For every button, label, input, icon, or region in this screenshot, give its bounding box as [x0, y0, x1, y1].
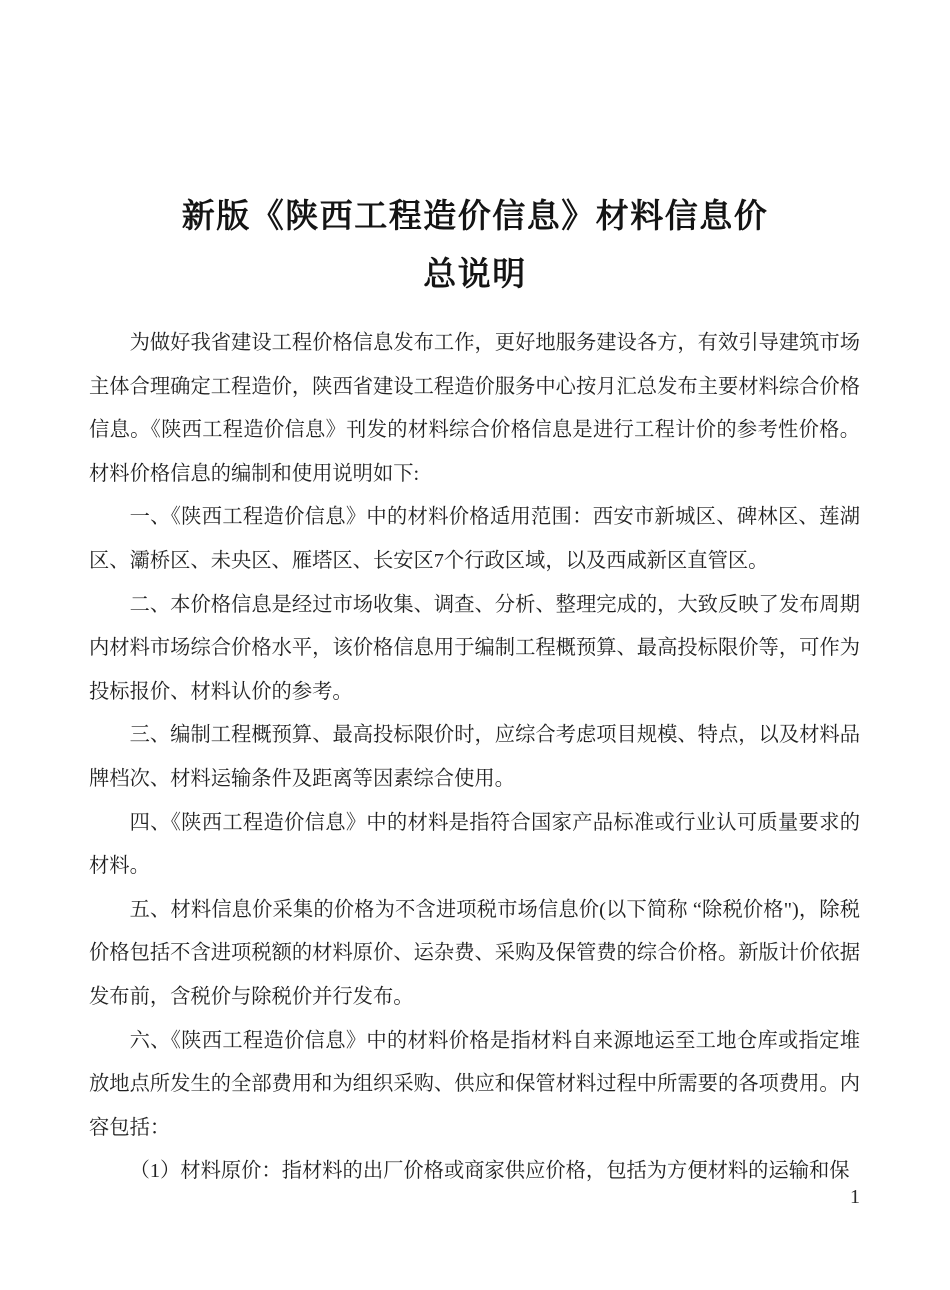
- paragraph-item-2: 二、本价格信息是经过市场收集、调查、分析、整理完成的，大致反映了发布周期内材料市…: [89, 584, 860, 715]
- document-body: 为做好我省建设工程价格信息发布工作，更好地服务建设各方，有效引导建筑市场主体合理…: [89, 322, 860, 1194]
- title-line-2: 总说明: [95, 246, 855, 304]
- paragraph-item-6: 六、《陕西工程造价信息》中的材料价格是指材料自来源地运至工地仓库或指定堆放地点所…: [89, 1020, 860, 1151]
- paragraph-item-5: 五、材料信息价采集的价格为不含进项税市场信息价(以下简称 “除税价格")，除税价…: [89, 889, 860, 1020]
- paragraph-intro: 为做好我省建设工程价格信息发布工作，更好地服务建设各方，有效引导建筑市场主体合理…: [89, 322, 860, 496]
- page-number: 1: [800, 1186, 860, 1209]
- paragraph-item-3: 三、编制工程概预算、最高投标限价时，应综合考虑项目规模、特点，以及材料品牌档次、…: [89, 714, 860, 801]
- document-page: 新版《陕西工程造价信息》材料信息价 总说明 为做好我省建设工程价格信息发布工作，…: [0, 0, 950, 1290]
- paragraph-subitem-1: （1）材料原价：指材料的出厂价格或商家供应价格，包括为方便材料的运输和保: [89, 1150, 860, 1194]
- document-title: 新版《陕西工程造价信息》材料信息价 总说明: [95, 188, 855, 304]
- title-line-1: 新版《陕西工程造价信息》材料信息价: [95, 188, 855, 246]
- paragraph-item-1: 一、《陕西工程造价信息》中的材料价格适用范围：西安市新城区、碑林区、莲湖区、灞桥…: [89, 496, 860, 583]
- paragraph-item-4: 四、《陕西工程造价信息》中的材料是指符合国家产品标准或行业认可质量要求的材料。: [89, 802, 860, 889]
